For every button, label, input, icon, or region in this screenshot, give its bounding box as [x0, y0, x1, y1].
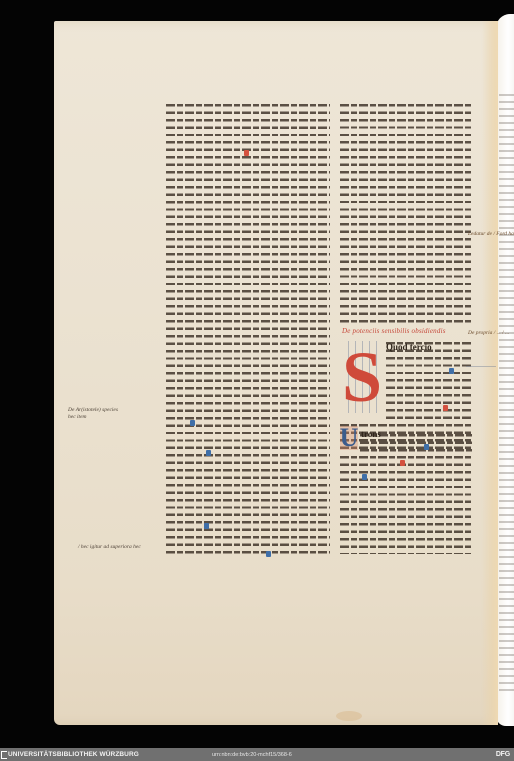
- document-viewer: modum. Ego cenceo species mar- sol- pris…: [0, 0, 514, 748]
- section-heading-word: Quod tercio: [386, 342, 432, 352]
- blue-paragraph-mark: [266, 551, 271, 557]
- margin-note: De Ar(istotele) species hec item: [68, 407, 118, 421]
- left-column-text: modum. Ego cenceo species mar- sol- pris: [166, 104, 330, 556]
- footer-bar: UNIVERSITÄTSBIBLIOTHEK WÜRZBURG urn:nbn:…: [0, 748, 514, 761]
- dfg-logo[interactable]: DFG: [496, 751, 510, 758]
- text-column-left: modum. Ego cenceo species mar- sol- pris: [166, 104, 330, 556]
- margin-note: / hec igitur ad superiora hec: [78, 544, 141, 551]
- margin-note: De propria / ... / ...: [468, 330, 509, 337]
- margin-note-line: De Ar(istotele) species: [68, 407, 118, 414]
- red-paragraph-mark: [400, 460, 405, 466]
- blue-paragraph-mark: [204, 523, 209, 529]
- decorated-initial-u: U: [340, 426, 358, 450]
- next-page-edge: [496, 14, 514, 726]
- red-paragraph-mark: [443, 405, 448, 411]
- section-heading-word: trons: [361, 429, 381, 439]
- page-stain: [336, 711, 362, 721]
- guide-line: [466, 366, 496, 367]
- margin-note: Ledatur de / Ford habet: [468, 231, 514, 238]
- red-paragraph-mark: [244, 150, 249, 156]
- blue-paragraph-mark: [190, 420, 195, 426]
- library-logo-icon: [1, 751, 7, 759]
- blue-paragraph-mark: [424, 444, 429, 450]
- blue-paragraph-mark: [362, 474, 367, 480]
- margin-note-line: hec item: [68, 414, 118, 421]
- rubric-heading: De potenciis sensibilis obsidiendis: [342, 327, 462, 335]
- decorated-initial-s: S: [342, 341, 382, 413]
- blue-paragraph-mark: [206, 450, 211, 456]
- library-name[interactable]: UNIVERSITÄTSBIBLIOTHEK WÜRZBURG: [8, 751, 139, 758]
- blue-paragraph-mark: [449, 368, 454, 374]
- urn-identifier[interactable]: urn:nbn:de:bvb:20-mchf15/368-6: [212, 752, 292, 758]
